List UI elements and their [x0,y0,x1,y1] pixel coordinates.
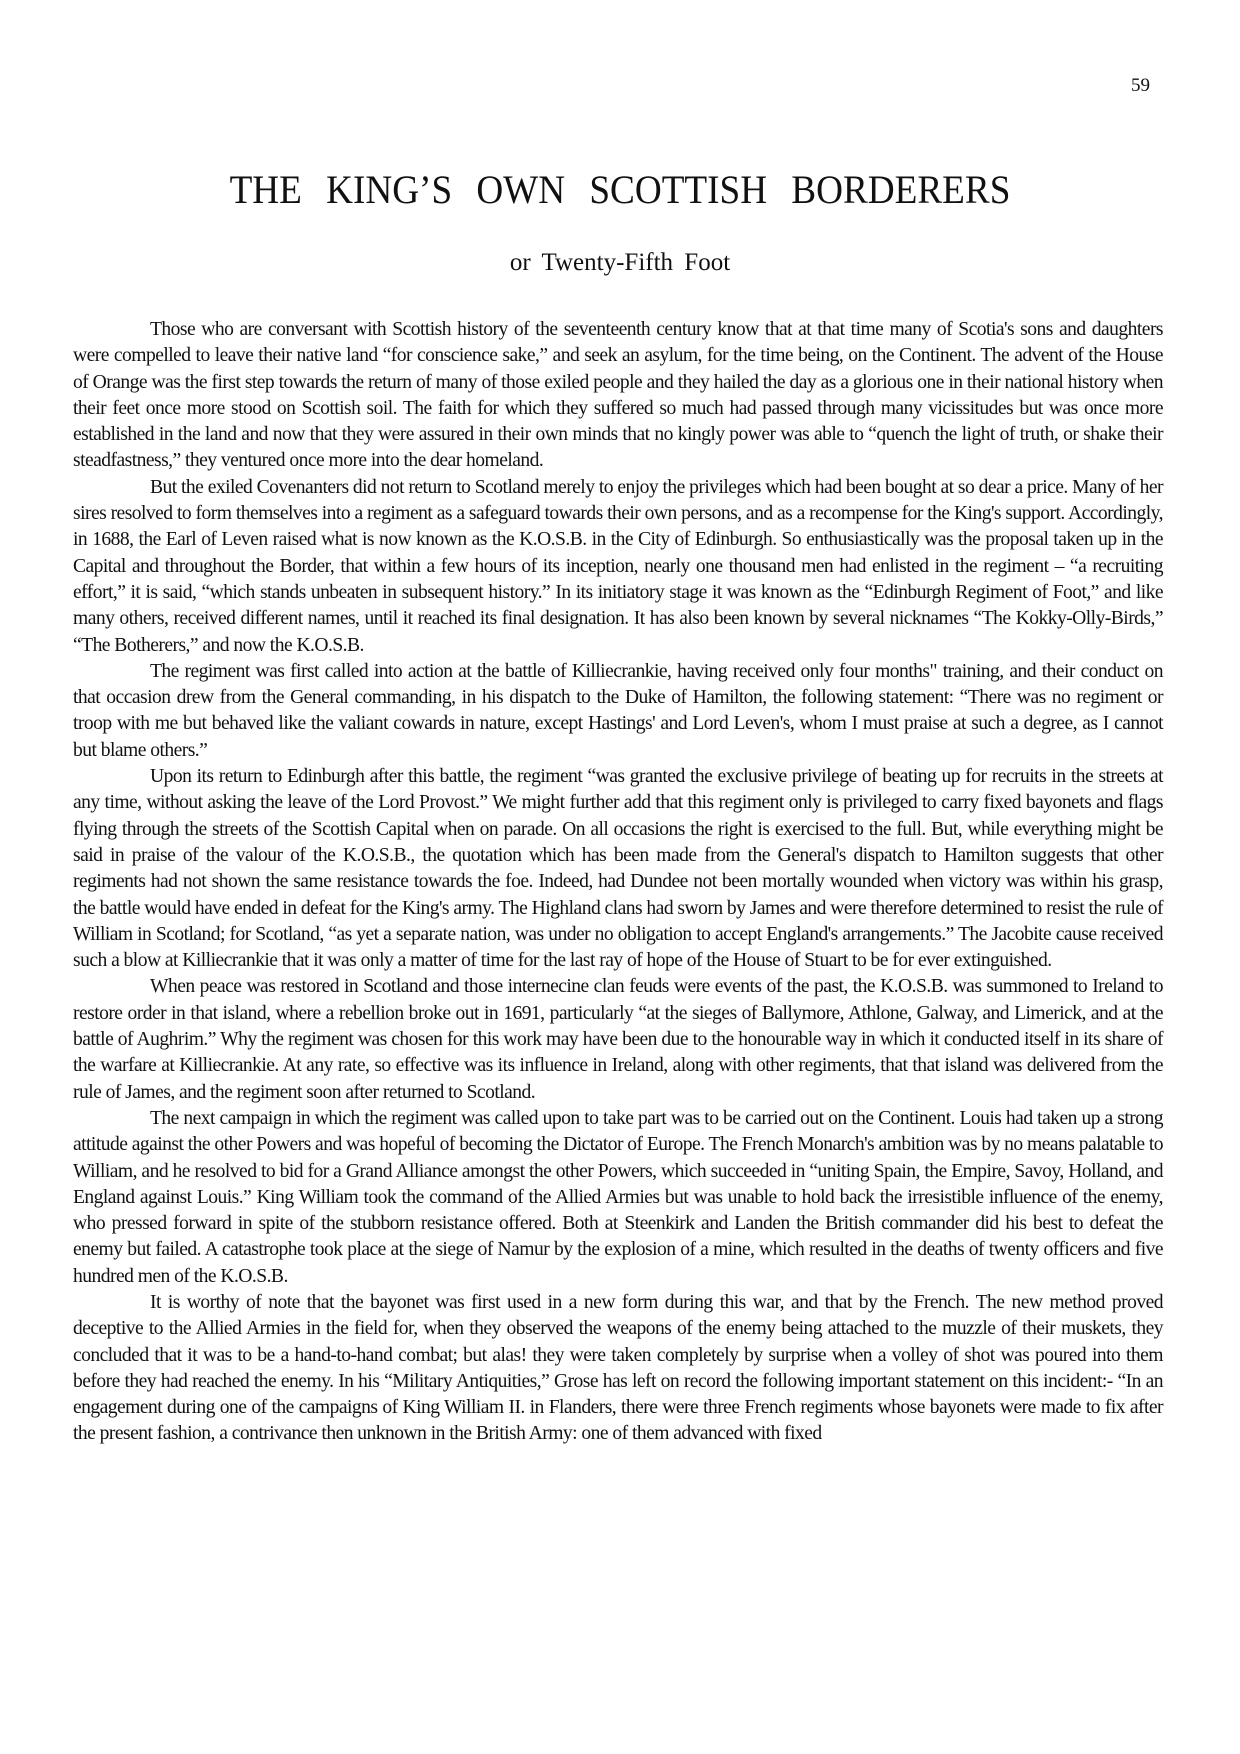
paragraph: The next campaign in which the regiment … [73,1106,1163,1290]
page-number: 59 [1131,76,1150,95]
paragraph: Upon its return to Edinburgh after this … [73,764,1163,974]
paragraph: The regiment was first called into actio… [73,659,1163,764]
chapter-subtitle: or Twenty-Fifth Foot [0,250,1240,275]
paragraph: It is worthy of note that the bayonet wa… [73,1290,1163,1448]
body-text: Those who are conversant with Scottish h… [73,317,1163,1448]
chapter-title: THE KING’S OWN SCOTTISH BORDERERS [43,170,1196,210]
paragraph: When peace was restored in Scotland and … [73,974,1163,1105]
paragraph: Those who are conversant with Scottish h… [73,317,1163,475]
paragraph: But the exiled Covenanters did not retur… [73,475,1163,659]
